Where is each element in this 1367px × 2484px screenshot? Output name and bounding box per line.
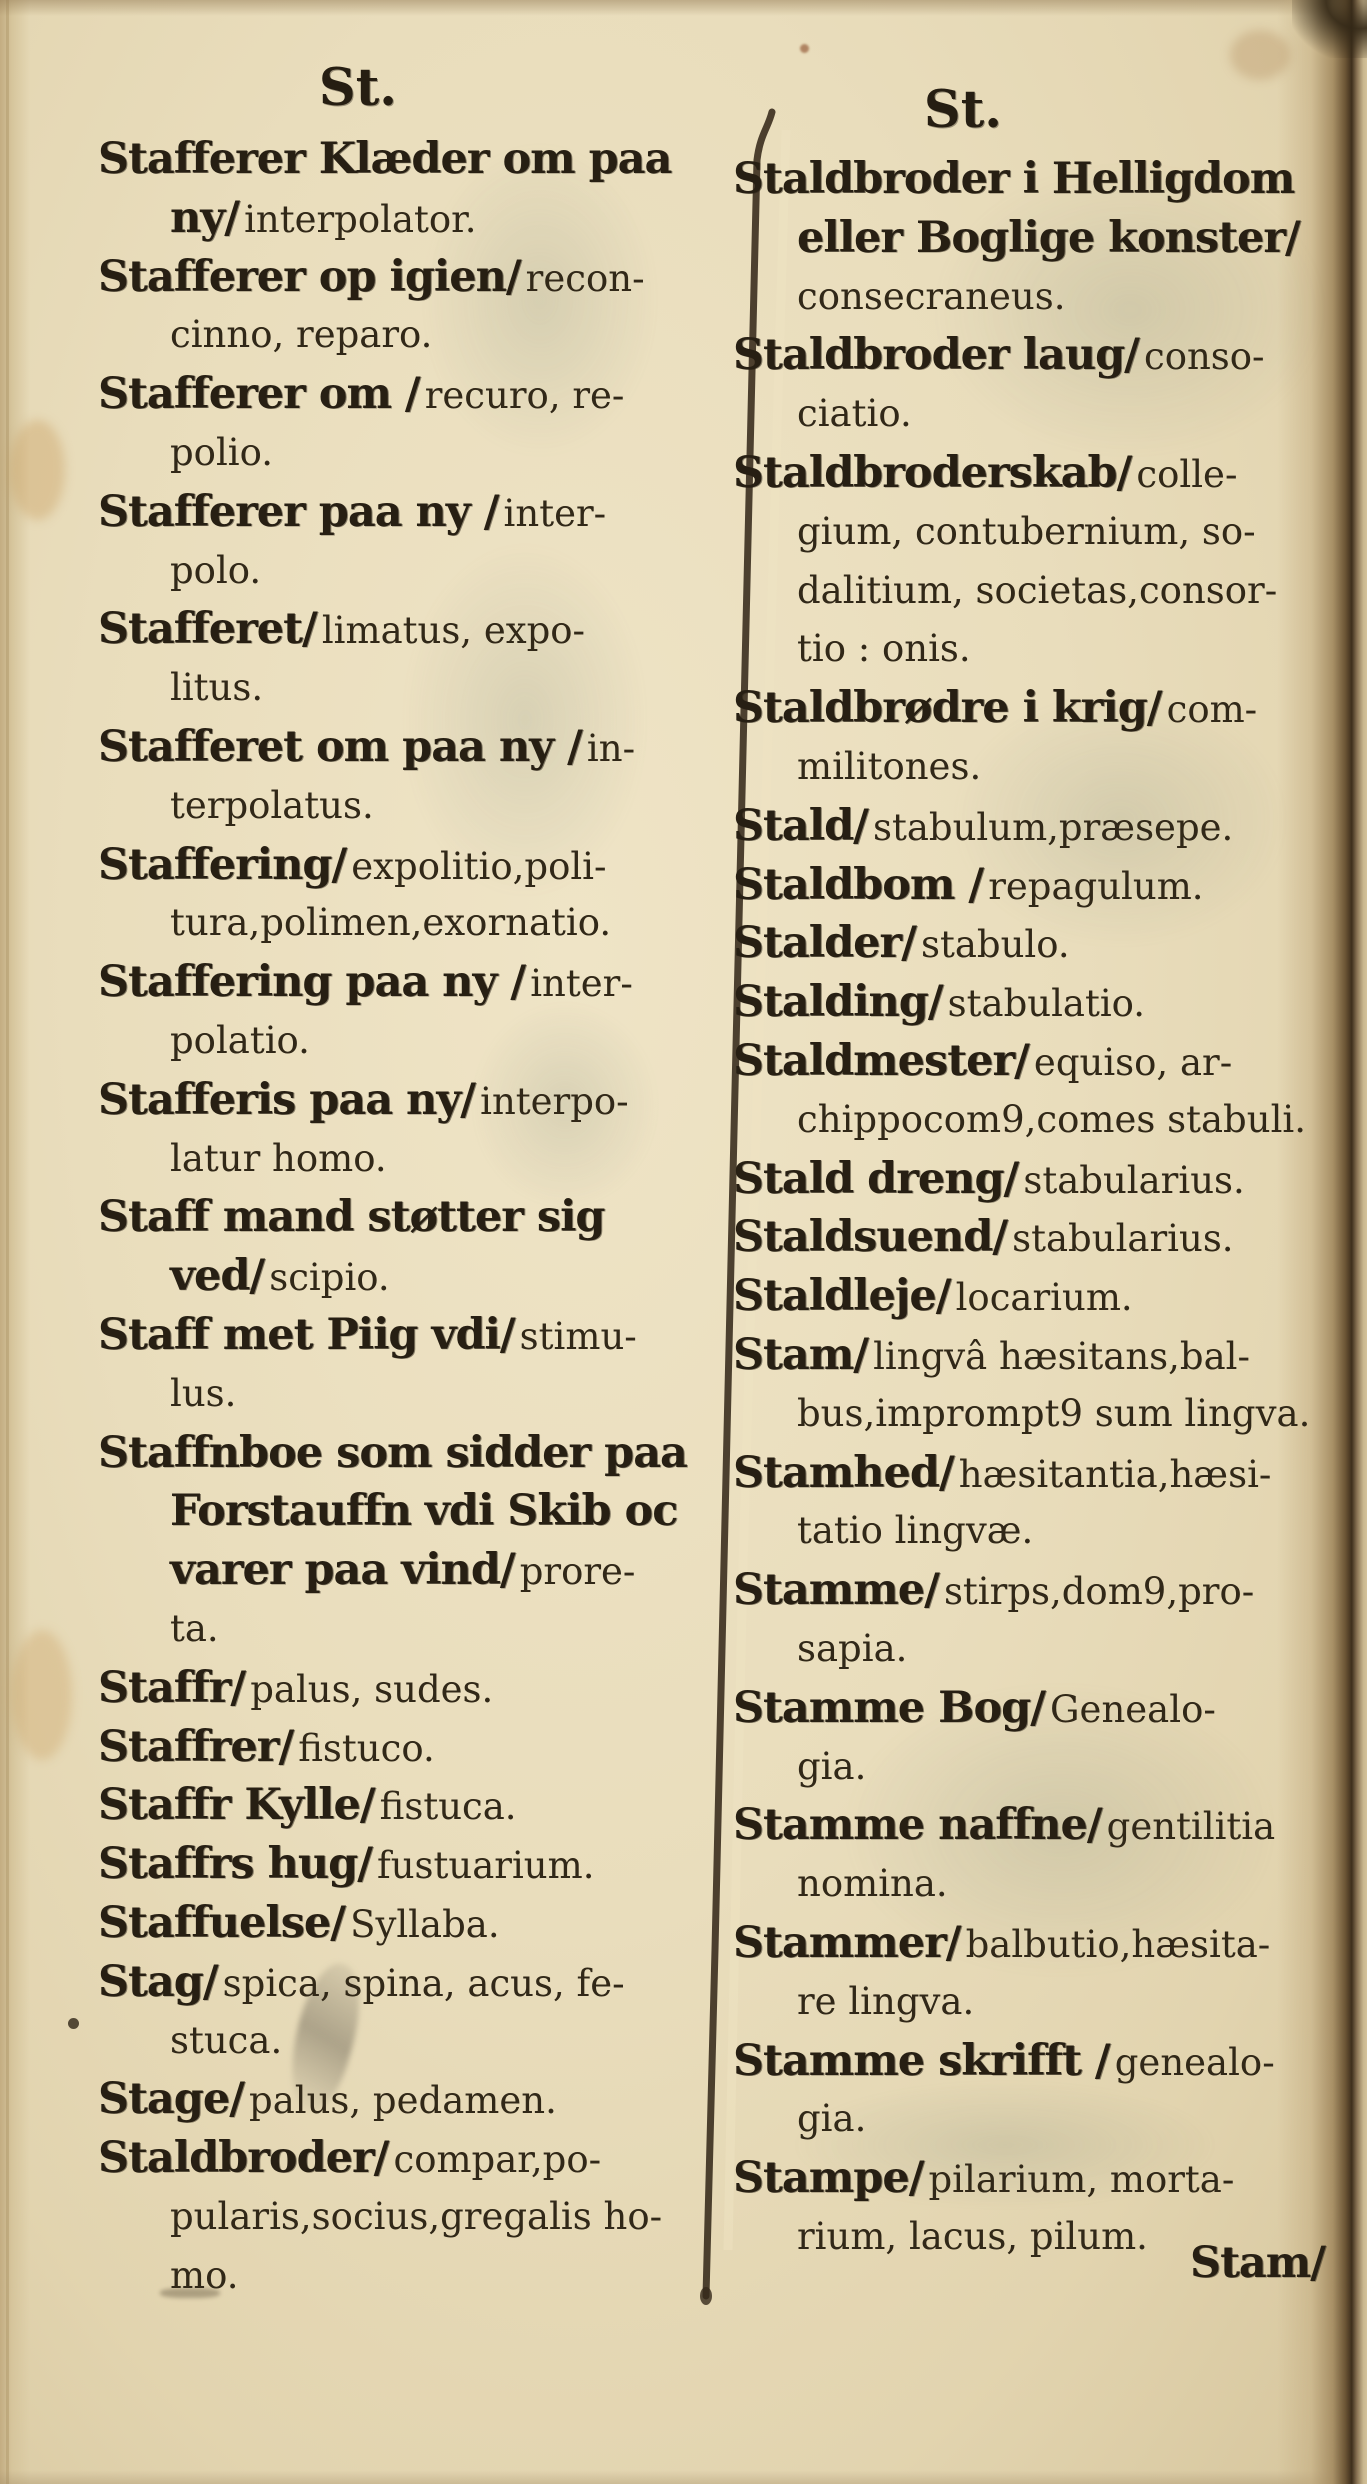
entry-line: mo. [98,2247,653,2306]
entry-line: Staffrer/ fistuco. [98,1718,653,1777]
entry-line: Staldleje/ locarium. [733,1267,1333,1326]
headword-text: Staff mand støtter sig [98,1192,604,1242]
entry-line: ta. [98,1600,653,1659]
headword-text: Staldleje/ [733,1271,951,1321]
headword-text: Stampe/ [733,2153,923,2203]
headword-text: Stafferer paa ny / [98,487,498,537]
latin-gloss-text: chippocom9,comes stabuli. [797,1098,1306,1141]
entry-line: Staldmester/ equiso, ar- [733,1032,1333,1091]
latin-gloss-text: tura,polimen,exornatio. [170,901,611,944]
entry-line: militones. [733,738,1333,797]
entry-line: ciatio. [733,385,1333,444]
headword-text: Staffering paa ny / [98,957,525,1007]
latin-gloss-text: tatio lingvæ. [797,1509,1033,1552]
latin-gloss-text: re lingva. [797,1980,974,2023]
entry-line: Stamhed/ hæsitantia,hæsi- [733,1444,1333,1503]
entry-line: Staldsuend/ stabularius. [733,1208,1333,1267]
latin-gloss-text: compar,po- [393,2138,601,2181]
latin-gloss-text: stabulo. [921,923,1070,966]
entry-line: cinno, reparo. [98,306,653,365]
entry-line: latur homo. [98,1130,653,1189]
headword-text: eller Boglige konster/ [797,213,1300,263]
latin-gloss-text: polo. [170,549,261,592]
latin-gloss-text: lus. [170,1372,236,1415]
entry-line: tura,polimen,exornatio. [98,894,653,953]
latin-gloss-text: gia. [797,2097,866,2140]
headword-text: varer paa vind/ [170,1545,515,1595]
headword-text: Staffr Kylle/ [98,1780,375,1830]
latin-gloss-text: stabularius. [1012,1217,1233,1260]
entry-line: terpolatus. [98,777,653,836]
entry-line: Staffering/ expolitio,poli- [98,836,653,895]
entry-line: ny/ interpolator. [98,189,653,248]
headword-text: Staldbroderskab/ [733,448,1131,498]
left-column-entries: Stafferer Klæder om paany/ interpolator.… [98,130,653,2305]
entry-line: polo. [98,542,653,601]
entry-line: varer paa vind/ prore- [98,1541,653,1600]
entry-line: Staffr/ palus, sudes. [98,1659,653,1718]
entry-line: Staldbroderskab/ colle- [733,444,1333,503]
entry-line: re lingva. [733,1973,1333,2032]
latin-gloss-text: stimu- [520,1315,637,1358]
entry-line: Staldbom / repagulum. [733,856,1333,915]
entry-line: chippocom9,comes stabuli. [733,1091,1333,1150]
latin-gloss-text: locarium. [956,1276,1133,1319]
entry-line: Stafferer paa ny / inter- [98,483,653,542]
latin-gloss-text: inter- [504,492,607,535]
entry-line: Stammer/ balbutio,hæsita- [733,1914,1333,1973]
headword-text: Staldbroder laug/ [733,330,1139,380]
entry-line: Staldbrødre i krig/ com- [733,679,1333,738]
entry-line: Staffuelse/ Syllaba. [98,1894,653,1953]
latin-gloss-text: balbutio,hæsita- [966,1923,1271,1966]
headword-text: Staldsuend/ [733,1212,1007,1262]
headword-text: Stamme skrifft / [733,2036,1110,2086]
latin-gloss-text: pularis,socius,gregalis ho- [170,2195,662,2238]
latin-gloss-text: sapia. [797,1627,907,1670]
entry-line: Stalding/ stabulatio. [733,973,1333,1032]
latin-gloss-text: gia. [797,1745,866,1788]
latin-gloss-text: dalitium, societas,consor- [797,569,1277,612]
latin-gloss-text: recon- [526,257,645,300]
latin-gloss-text: stirps,dom9,pro- [944,1570,1254,1613]
entry-line: litus. [98,659,653,718]
entry-line: Stamme Bog/ Genealo- [733,1679,1333,1738]
entry-line: Staffrs hug/ fustuarium. [98,1835,653,1894]
latin-gloss-text: scipio. [269,1256,389,1299]
entry-line: gium, contubernium, so- [733,503,1333,562]
entry-line: Forstauffn vdi Skib oc [98,1482,653,1541]
latin-gloss-text: palus, pedamen. [249,2079,557,2122]
entry-line: Stafferet om paa ny / in- [98,718,653,777]
entry-line: Stald/ stabulum,præsepe. [733,797,1333,856]
headword-text: Stald/ [733,801,868,851]
entry-line: sapia. [733,1620,1333,1679]
headword-text: Staldmester/ [733,1036,1029,1086]
latin-gloss-text: prore- [520,1550,636,1593]
entry-line: Stamme skrifft / genealo- [733,2032,1333,2091]
left-running-head: St. [98,58,618,118]
latin-gloss-text: spica, spina, acus, fe- [223,1962,625,2005]
entry-line: gia. [733,2090,1333,2149]
headword-text: Stage/ [98,2074,244,2124]
headword-text: Stafferet om paa ny / [98,722,582,772]
headword-text: ny/ [170,193,239,243]
latin-gloss-text: nomina. [797,1862,948,1905]
latin-gloss-text: militones. [797,745,981,788]
latin-gloss-text: gentilitia [1107,1805,1276,1848]
headword-text: Staldbroder i Helligdom [733,154,1294,204]
entry-line: Staldbroder/ compar,po- [98,2129,653,2188]
entry-line: Stag/ spica, spina, acus, fe- [98,1953,653,2012]
headword-text: Stag/ [98,1957,218,2007]
headword-text: Stalding/ [733,977,943,1027]
headword-text: Staffuelse/ [98,1898,345,1948]
headword-text: Stafferis paa ny/ [98,1075,475,1125]
latin-gloss-text: tio : onis. [797,627,971,670]
entry-line: Stafferis paa ny/ interpo- [98,1071,653,1130]
right-column: St. [733,80,1333,140]
headword-text: ved/ [170,1251,264,1301]
entry-line: Stafferer op igien/ recon- [98,248,653,307]
latin-gloss-text: gium, contubernium, so- [797,510,1256,553]
latin-gloss-text: genealo- [1115,2041,1275,2084]
latin-gloss-text: fistuco. [298,1727,434,1770]
headword-text: Stammer/ [733,1918,961,1968]
entry-line: Stage/ palus, pedamen. [98,2070,653,2129]
latin-gloss-text: polatio. [170,1019,310,1062]
entry-line: pularis,socius,gregalis ho- [98,2188,653,2247]
entry-line: ved/ scipio. [98,1247,653,1306]
latin-gloss-text: bus,imprompt9 sum lingva. [797,1392,1310,1435]
headword-text: Staffering/ [98,840,346,890]
right-running-head: St. [733,80,1193,140]
entry-line: nomina. [733,1855,1333,1914]
catchword: Stam∕ [733,2238,1325,2288]
latin-gloss-text: equiso, ar- [1034,1041,1232,1084]
entry-line: Stafferer Klæder om paa [98,130,653,189]
entry-line: gia. [733,1738,1333,1797]
latin-gloss-text: conso- [1144,335,1265,378]
entry-line: Stalder/ stabulo. [733,914,1333,973]
headword-text: Staffnboe som sidder paa [98,1428,687,1478]
latin-gloss-text: ta. [170,1607,219,1650]
entry-line: tatio lingvæ. [733,1502,1333,1561]
entry-line: Stafferet/ limatus, expo- [98,600,653,659]
latin-gloss-text: limatus, expo- [322,609,585,652]
latin-gloss-text: Syllaba. [350,1903,499,1946]
entry-line: bus,imprompt9 sum lingva. [733,1385,1333,1444]
headword-text: Staffr/ [98,1663,245,1713]
latin-gloss-text: stabularius. [1023,1159,1244,1202]
latin-gloss-text: interpolator. [244,198,477,241]
entry-line: Staff mand støtter sig [98,1188,653,1247]
latin-gloss-text: com- [1167,688,1258,731]
latin-gloss-text: Genealo- [1050,1688,1216,1731]
headword-text: Stamme naffne/ [733,1800,1102,1850]
entry-line: Stampe/ pilarium, morta- [733,2149,1333,2208]
left-column: St. [98,58,653,118]
headword-text: Stafferet/ [98,604,317,654]
latin-gloss-text: fistuca. [380,1785,517,1828]
latin-gloss-text: hæsitantia,hæsi- [959,1453,1272,1496]
latin-gloss-text: stabulum,præsepe. [873,806,1233,849]
latin-gloss-text: stuca. [170,2019,282,2062]
latin-gloss-text: terpolatus. [170,784,374,827]
headword-text: Stalder/ [733,918,916,968]
entry-line: Staff met Piig vdi/ stimu- [98,1306,653,1365]
entry-line: dalitium, societas,consor- [733,562,1333,621]
latin-gloss-text: cinno, reparo. [170,313,432,356]
latin-gloss-text: litus. [170,666,263,709]
headword-text: Staldbrødre i krig/ [733,683,1162,733]
entry-line: Staffr Kylle/ fistuca. [98,1776,653,1835]
latin-gloss-text: lingvâ hæsitans,bal- [873,1335,1250,1378]
latin-gloss-text: fustuarium. [377,1844,594,1887]
headword-text: Stam/ [733,1330,868,1380]
latin-gloss-text: expolitio,poli- [351,845,606,888]
headword-text: Staffrer/ [98,1722,293,1772]
latin-gloss-text: in- [587,727,635,770]
entry-line: lus. [98,1365,653,1424]
entry-line: Staffnboe som sidder paa [98,1424,653,1483]
entry-line: eller Boglige konster/ [733,209,1333,268]
entry-line: Stam/ lingvâ hæsitans,bal- [733,1326,1333,1385]
headword-text: Staff met Piig vdi/ [98,1310,515,1360]
latin-gloss-text: stabulatio. [948,982,1145,1025]
entry-line: Staldbroder laug/ conso- [733,326,1333,385]
entry-line: Staffering paa ny / inter- [98,953,653,1012]
entry-line: polatio. [98,1012,653,1071]
headword-text: Stafferer om / [98,369,420,419]
latin-gloss-text: repagulum. [988,865,1203,908]
latin-gloss-text: latur homo. [170,1137,387,1180]
headword-text: Staldbroder/ [98,2133,388,2183]
entry-line: Stafferer om / recuro, re- [98,365,653,424]
headword-text: Stald dreng/ [733,1154,1018,1204]
headword-text: Stamme/ [733,1565,939,1615]
headword-text: Stafferer Klæder om paa [98,134,671,184]
right-column-entries: Staldbroder i Helligdomeller Boglige kon… [733,150,1333,2267]
entry-line: consecraneus. [733,268,1333,327]
headword-text: Stamme Bog/ [733,1683,1045,1733]
headword-text: Stafferer op igien/ [98,252,521,302]
entry-line: Staldbroder i Helligdom [733,150,1333,209]
latin-gloss-text: polio. [170,431,273,474]
entry-line: Stald dreng/ stabularius. [733,1150,1333,1209]
entry-line: stuca. [98,2012,653,2071]
latin-gloss-text: palus, sudes. [250,1668,493,1711]
latin-gloss-text: colle- [1136,453,1237,496]
book-page-scan: St. Stafferer Klæder om paany/ interpola… [0,0,1367,2484]
entry-line: polio. [98,424,653,483]
entry-line: Stamme/ stirps,dom9,pro- [733,1561,1333,1620]
latin-gloss-text: ciatio. [797,392,912,435]
latin-gloss-text: inter- [530,962,633,1005]
latin-gloss-text: recuro, re- [425,374,625,417]
latin-gloss-text: consecraneus. [797,275,1066,318]
latin-gloss-text: interpo- [480,1080,629,1123]
headword-text: Forstauffn vdi Skib oc [170,1486,677,1536]
entry-line: Stamme naffne/ gentilitia [733,1796,1333,1855]
latin-gloss-text: mo. [170,2254,238,2297]
latin-gloss-text: pilarium, morta- [929,2158,1235,2201]
headword-text: Stamhed/ [733,1448,954,1498]
entry-line: tio : onis. [733,620,1333,679]
headword-text: Staffrs hug/ [98,1839,372,1889]
headword-text: Staldbom / [733,860,983,910]
